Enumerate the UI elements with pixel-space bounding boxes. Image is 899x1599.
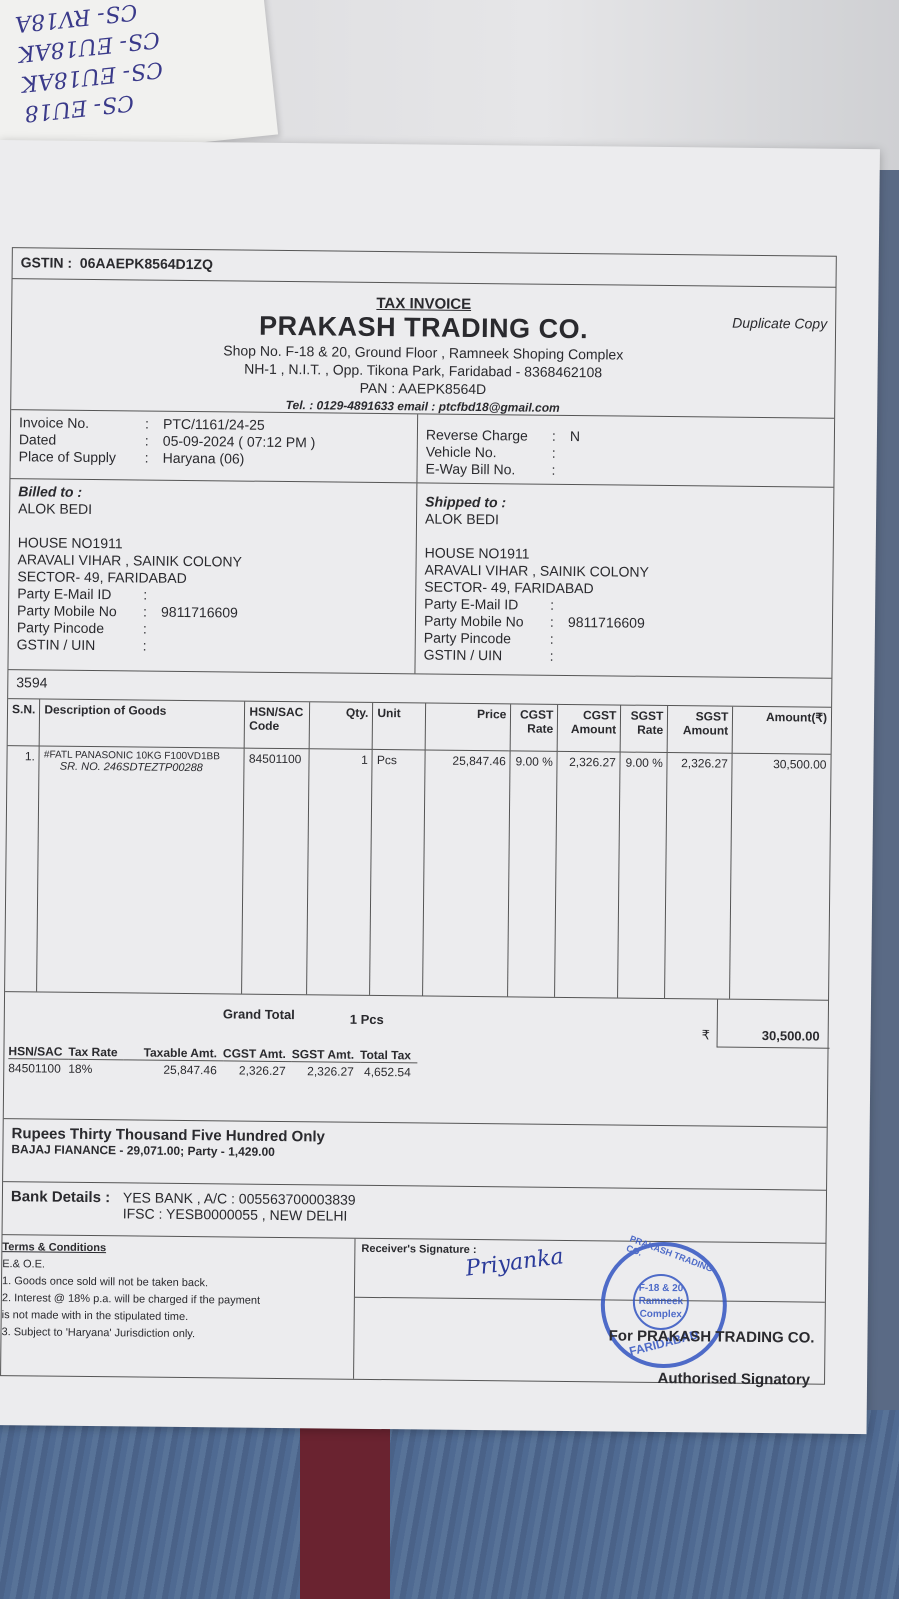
items-table-wrap: S.N. Description of Goods HSN/SAC Code Q… [5, 699, 831, 1000]
table-row: 1. #FATL PANASONIC 10KG F100VD1BBSR. NO.… [5, 746, 831, 1000]
tax-invoice: GSTIN : 06AAEPK8564D1ZQ Duplicate Copy T… [0, 247, 837, 1384]
company-stamp: PRAKASH TRADING CO. F-18 & 20 Ramneek Co… [600, 1241, 727, 1368]
shipped-to: Shipped to : ALOK BEDI HOUSE NO1911 ARAV… [415, 483, 833, 677]
meta-place-of-supply: Place of Supply:Haryana (06) [19, 448, 409, 469]
invoice-paper: GSTIN : 06AAEPK8564D1ZQ Duplicate Copy T… [0, 140, 880, 1434]
tax-summary: HSN/SAC Tax Rate Taxable Amt. CGST Amt. … [4, 1040, 828, 1128]
gstin-label: GSTIN [21, 254, 64, 270]
receiver-signature-label: Receiver's Signature : [355, 1238, 826, 1302]
note-line: CS- EU18 [23, 89, 135, 125]
terms-and-conditions: Terms & Conditions E.& O.E. 1. Goods onc… [1, 1235, 355, 1379]
copy-type: Duplicate Copy [732, 315, 827, 332]
signature-area: Receiver's Signature : Priyanka PRAKASH … [354, 1238, 825, 1383]
for-company: For PRAKASH TRADING CO. [609, 1327, 815, 1346]
bank-details: Bank Details : YES BANK , A/C : 00556370… [3, 1182, 827, 1244]
items-table: S.N. Description of Goods HSN/SAC Code Q… [5, 699, 831, 999]
footer: Terms & Conditions E.& O.E. 1. Goods onc… [1, 1235, 825, 1384]
invoice-header: Duplicate Copy TAX INVOICE PRAKASH TRADI… [11, 279, 835, 419]
meta-eway-bill: E-Way Bill No.: [425, 460, 825, 481]
amount-in-words: Rupees Thirty Thousand Five Hundred Only… [3, 1119, 827, 1191]
grand-total: Grand Total 1 Pcs ₹ 30,500.00 [5, 992, 828, 1049]
background-fabric [0, 1410, 899, 1599]
authorised-signatory: Authorised Signatory [657, 1369, 810, 1388]
gstin-value: 06AAEPK8564D1ZQ [80, 255, 213, 272]
billed-to: Billed to : ALOK BEDI HOUSE NO1911 ARAVA… [8, 479, 417, 673]
party-details: Billed to : ALOK BEDI HOUSE NO1911 ARAVA… [8, 479, 833, 679]
tax-row: 84501100 18% 25,847.46 2,326.27 2,326.27… [8, 1058, 417, 1079]
invoice-meta: Invoice No.:PTC/1161/24-25 Dated:05-09-2… [10, 410, 834, 488]
background-cloth [300, 1420, 390, 1599]
